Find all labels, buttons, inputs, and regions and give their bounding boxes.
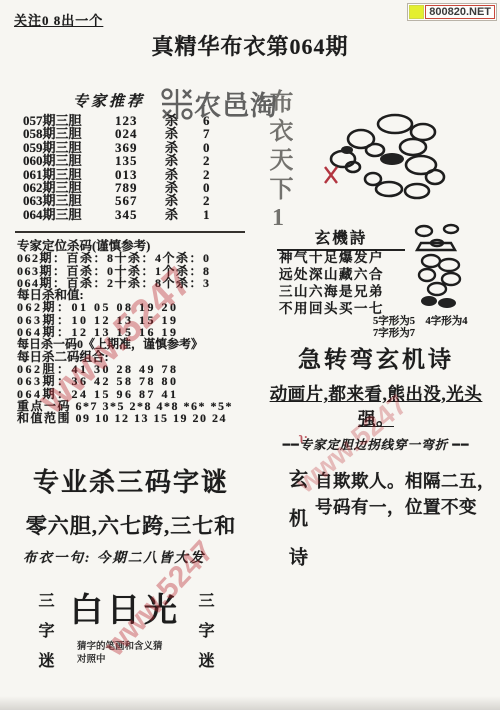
row-period: 059期三胆 — [23, 141, 115, 154]
row-dan: 024 — [115, 127, 165, 140]
row-dan: 123 — [115, 114, 165, 127]
three-char-word: 白日光 — [70, 584, 181, 631]
top-note: 关注0 8出一个 — [14, 10, 103, 29]
turn-poem-line: 动画片,都来看,熊出没,光头强。 — [255, 381, 497, 431]
three-char-note2: 对照中 — [77, 651, 106, 665]
xuanji-line-2: 号码有一，位置不变 — [315, 494, 477, 519]
row-kill-label: 杀 — [165, 168, 203, 181]
row-kill-label: 杀 — [165, 194, 203, 207]
buyi-banner: 布衣天下1 — [261, 89, 296, 249]
row-period: 058期三胆 — [23, 127, 115, 140]
table-row: 059期三胆369杀0 — [23, 141, 243, 154]
mystery-poem: 神气十足爆发户 远处深山藏六合 三山六海是兄弟 不用回头买一七 — [279, 249, 384, 317]
row-dan: 369 — [115, 141, 165, 154]
stacked-doodle-icon — [407, 223, 477, 311]
row-kill-num: 2 — [203, 194, 223, 207]
tip-sheet-page: 关注0 8出一个 800820.NET 真精华布衣第064期 农邑淘 专家推荐 … — [0, 0, 500, 710]
row-period: 064期三胆 — [23, 208, 115, 221]
site-badge: 800820.NET — [407, 3, 497, 21]
three-char-note: 猜字的笔画和含义猜 — [77, 638, 163, 652]
table-row: 062期三胆789杀0 — [23, 181, 243, 194]
row-kill-num: 2 — [203, 154, 223, 167]
table-row: 058期三胆024杀7 — [23, 127, 243, 140]
kill-code-section: 专家定位杀码(谨慎参考) 062期：百杀：8十杀：4个杀：0 063期：百杀：0… — [17, 240, 247, 424]
xuanji-vertical-title: 玄机诗 — [283, 469, 310, 649]
left-column: 专家推荐 057期三胆123杀6 058期三胆024杀7 059期三胆369杀0… — [15, 90, 247, 690]
one-code-line: 每日杀一码0《上期准，谨慎参考》 — [17, 338, 247, 350]
row-dan: 135 — [115, 154, 165, 167]
recommend-table: 057期三胆123杀6 058期三胆024杀7 059期三胆369杀0 060期… — [23, 114, 243, 221]
row-dan: 013 — [115, 168, 165, 181]
dash-note-line: ━━专家定胆边拐线穿一弯折 ━━ — [255, 435, 497, 453]
sum-kill-line: 062期：01 05 08 19 20 — [17, 301, 247, 313]
puzzle-sentence: 布衣一句: 今期二八皆大发 — [23, 546, 205, 566]
xuanji-line-1: 自欺欺人。相隔二五， — [315, 468, 495, 493]
table-row: 064期三胆345杀1 — [23, 208, 243, 221]
poem-line: 不用回头买一七 — [279, 300, 384, 317]
recommend-title: 专家推荐 — [73, 90, 145, 111]
row-kill-label: 杀 — [165, 208, 203, 221]
turn-poem-title: 急转弯玄机诗 — [255, 341, 497, 374]
table-row: 061期三胆013杀2 — [23, 168, 243, 181]
two-code-line: 064期：24 15 96 87 41 — [17, 388, 247, 400]
three-char-label-left: 三字迷 — [33, 592, 56, 702]
mystery-poem-title: 玄機詩 — [277, 226, 405, 251]
row-period: 062期三胆 — [23, 181, 115, 194]
row-period: 061期三胆 — [23, 168, 115, 181]
row-kill-num: 7 — [203, 127, 223, 140]
two-code-line: 063期：36 42 58 78 80 — [17, 375, 247, 387]
page-title: 真精华布衣第064期 — [0, 30, 500, 61]
row-kill-num: 0 — [203, 181, 223, 194]
table-row: 057期三胆123杀6 — [23, 114, 243, 127]
table-row: 060期三胆135杀2 — [23, 154, 243, 167]
three-char-label-right: 三字迷 — [193, 592, 216, 702]
row-kill-num: 1 — [203, 208, 223, 221]
site-url: 800820.NET — [425, 5, 495, 19]
table-row: 063期三胆567杀2 — [23, 194, 243, 207]
row-kill-label: 杀 — [165, 127, 203, 140]
yellow-swatch — [409, 5, 424, 19]
row-period: 063期三胆 — [23, 194, 115, 207]
right-column: 布衣天下1 玄機詩 神气十足爆发户 远处深山藏六 — [255, 85, 497, 685]
shape-caption-2: 7字形为7 — [373, 325, 415, 340]
row-period: 060期三胆 — [23, 154, 115, 167]
bottom-scan-shade — [0, 696, 500, 710]
section-divider — [15, 231, 245, 233]
row-dan: 345 — [115, 208, 165, 221]
row-kill-num: 2 — [203, 168, 223, 181]
row-period: 057期三胆 — [23, 114, 115, 127]
row-kill-num: 6 — [203, 114, 223, 127]
poem-line: 神气十足爆发户 — [279, 249, 384, 266]
circle-doodle-icon — [317, 107, 467, 212]
poem-line: 三山六海是兄弟 — [279, 283, 384, 300]
puzzle-title: 专业杀三码字谜 — [15, 462, 247, 499]
row-kill-num: 0 — [203, 141, 223, 154]
kill-line: 062期：百杀：8十杀：4个杀：0 — [17, 252, 247, 264]
sum-range-line: 和值范围 09 10 12 13 15 19 20 24 — [17, 412, 247, 424]
puzzle-main: 零六胆,六七跨,三七和 — [15, 510, 247, 540]
row-dan: 789 — [115, 181, 165, 194]
poem-line: 远处深山藏六合 — [279, 266, 384, 283]
row-dan: 567 — [115, 194, 165, 207]
row-kill-label: 杀 — [165, 154, 203, 167]
